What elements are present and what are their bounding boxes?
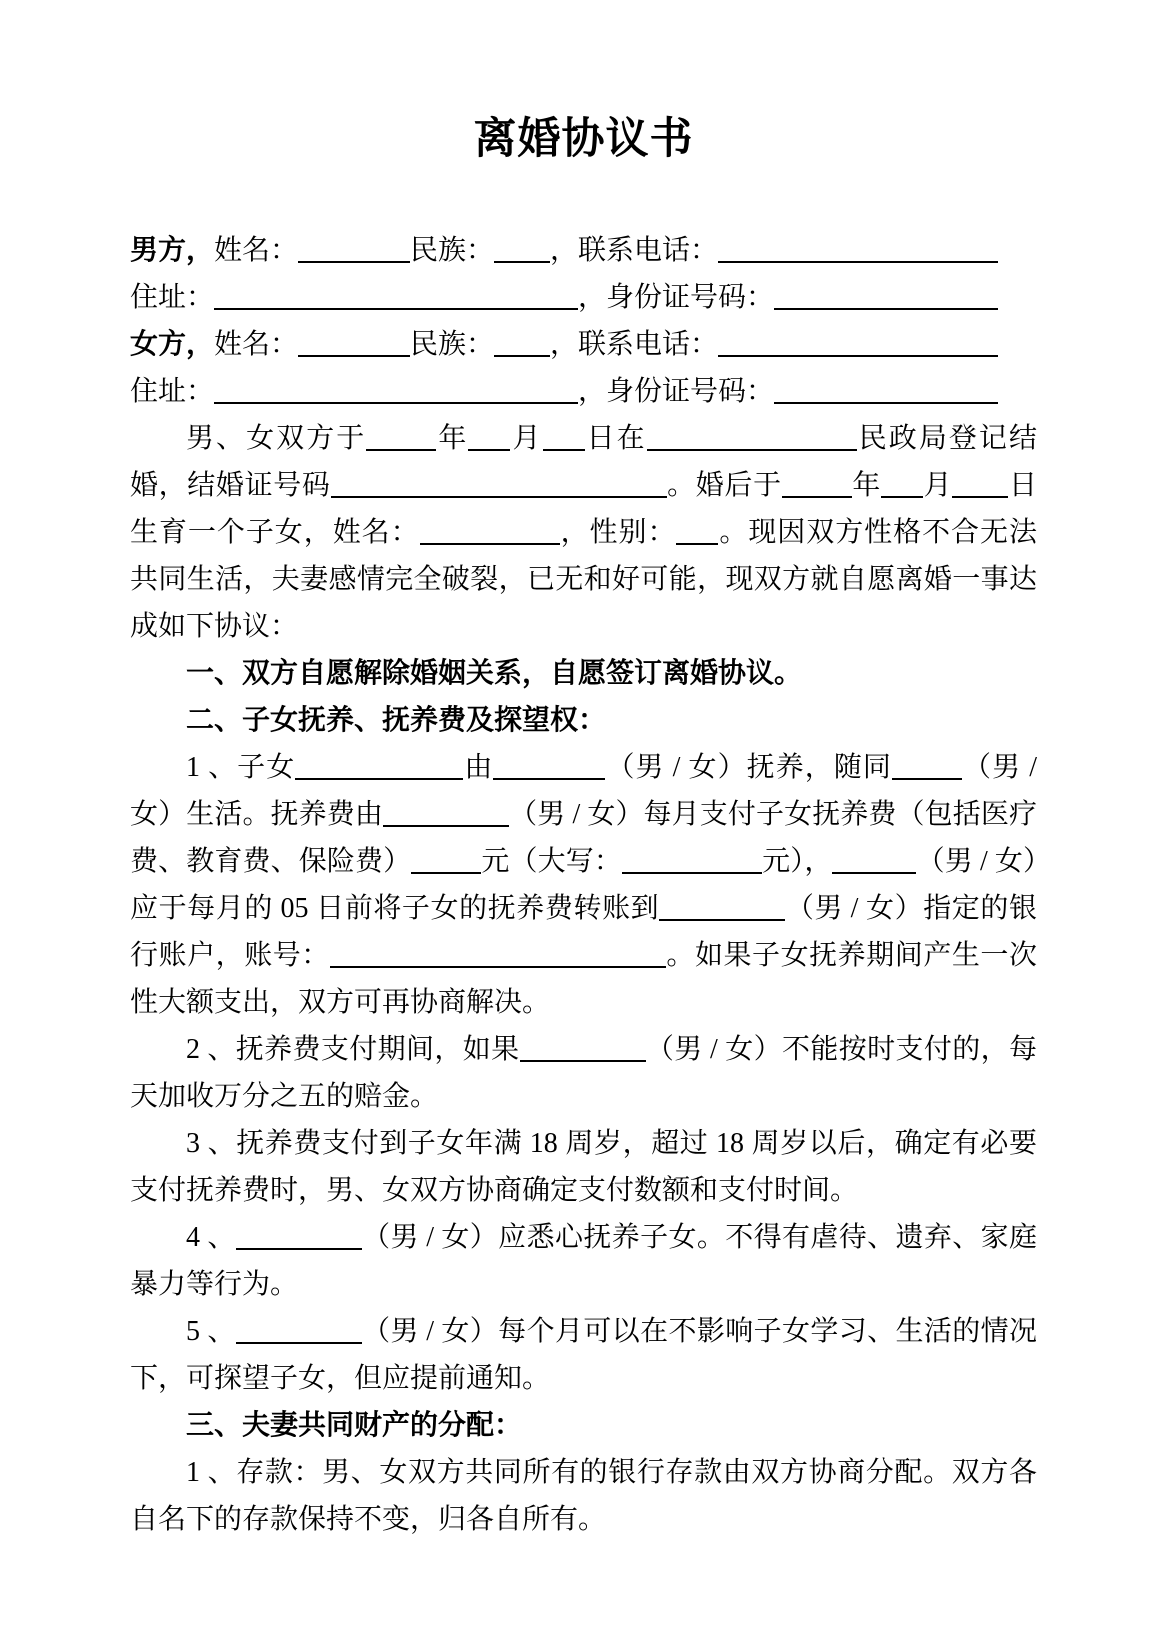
blank-field	[659, 919, 785, 921]
blank-field	[295, 778, 463, 780]
party-male-label: 男方，	[130, 235, 214, 266]
blank-field	[647, 449, 857, 451]
party-female-address: 住址：，身份证号码：	[130, 376, 998, 407]
party-female-label: 女方，	[130, 329, 214, 360]
blank-field	[493, 778, 605, 780]
section-three-heading: 三、夫妻共同财产的分配：	[130, 1402, 1037, 1449]
custody-item-1: 1 、子女由（男 / 女）抚养，随同（男 / 女）生活。抚养费由（男 / 女）每…	[130, 744, 1037, 1026]
blank-field	[494, 261, 550, 263]
blank-field	[214, 402, 578, 404]
party-male-address: 住址：，身份证号码：	[130, 282, 998, 313]
custody-item-5: 5 、（男 / 女）每个月可以在不影响子女学习、生活的情况下，可探望子女，但应提…	[130, 1308, 1037, 1402]
blank-field	[718, 355, 998, 357]
blank-field	[881, 496, 923, 498]
intro-paragraph: 男、女双方于年月日在民政局登记结婚，结婚证号码。婚后于年月日生育一个子女，姓名：…	[130, 415, 1037, 650]
blank-field	[330, 966, 666, 968]
blank-field	[298, 355, 410, 357]
blank-field	[892, 778, 962, 780]
blank-field	[494, 355, 550, 357]
party-female-address-line: 住址：，身份证号码：	[130, 368, 1037, 415]
blank-field	[952, 496, 1008, 498]
blank-field	[774, 402, 998, 404]
blank-field	[214, 308, 578, 310]
blank-field	[543, 449, 585, 451]
blank-field	[520, 1060, 646, 1062]
blank-field	[622, 872, 762, 874]
blank-field	[782, 496, 852, 498]
blank-field	[774, 308, 998, 310]
custody-item-4: 4 、（男 / 女）应悉心抚养子女。不得有虐待、遗弃、家庭暴力等行为。	[130, 1214, 1037, 1308]
blank-field	[420, 543, 560, 545]
page-title: 离婚协议书	[130, 118, 1037, 161]
blank-field	[832, 872, 916, 874]
document-page: 离婚协议书 男方，姓名：民族：，联系电话： 住址：，身份证号码： 女方，姓名：民…	[0, 0, 1167, 1651]
blank-field	[411, 872, 481, 874]
blank-field	[468, 449, 510, 451]
party-female-line: 女方，姓名：民族：，联系电话：	[130, 321, 1037, 368]
party-male-line: 男方，姓名：民族：，联系电话：	[130, 227, 1037, 274]
section-two-heading: 二、子女抚养、抚养费及探望权：	[130, 697, 1037, 744]
section-one-heading: 一、双方自愿解除婚姻关系，自愿签订离婚协议。	[130, 650, 1037, 697]
blank-field	[718, 261, 998, 263]
party-male-info: 姓名：民族：，联系电话：	[214, 235, 998, 266]
party-female-info: 姓名：民族：，联系电话：	[214, 329, 998, 360]
blank-field	[331, 496, 667, 498]
blank-field	[236, 1248, 362, 1250]
blank-field	[676, 543, 718, 545]
blank-field	[236, 1342, 362, 1344]
party-male-address-line: 住址：，身份证号码：	[130, 274, 1037, 321]
custody-item-3: 3 、抚养费支付到子女年满 18 周岁，超过 18 周岁以后，确定有必要支付抚养…	[130, 1120, 1037, 1214]
custody-item-2: 2 、抚养费支付期间，如果（男 / 女）不能按时支付的，每天加收万分之五的赔金。	[130, 1026, 1037, 1120]
blank-field	[298, 261, 410, 263]
blank-field	[366, 449, 436, 451]
blank-field	[383, 825, 509, 827]
property-item-1: 1 、存款：男、女双方共同所有的银行存款由双方协商分配。双方各自名下的存款保持不…	[130, 1449, 1037, 1543]
